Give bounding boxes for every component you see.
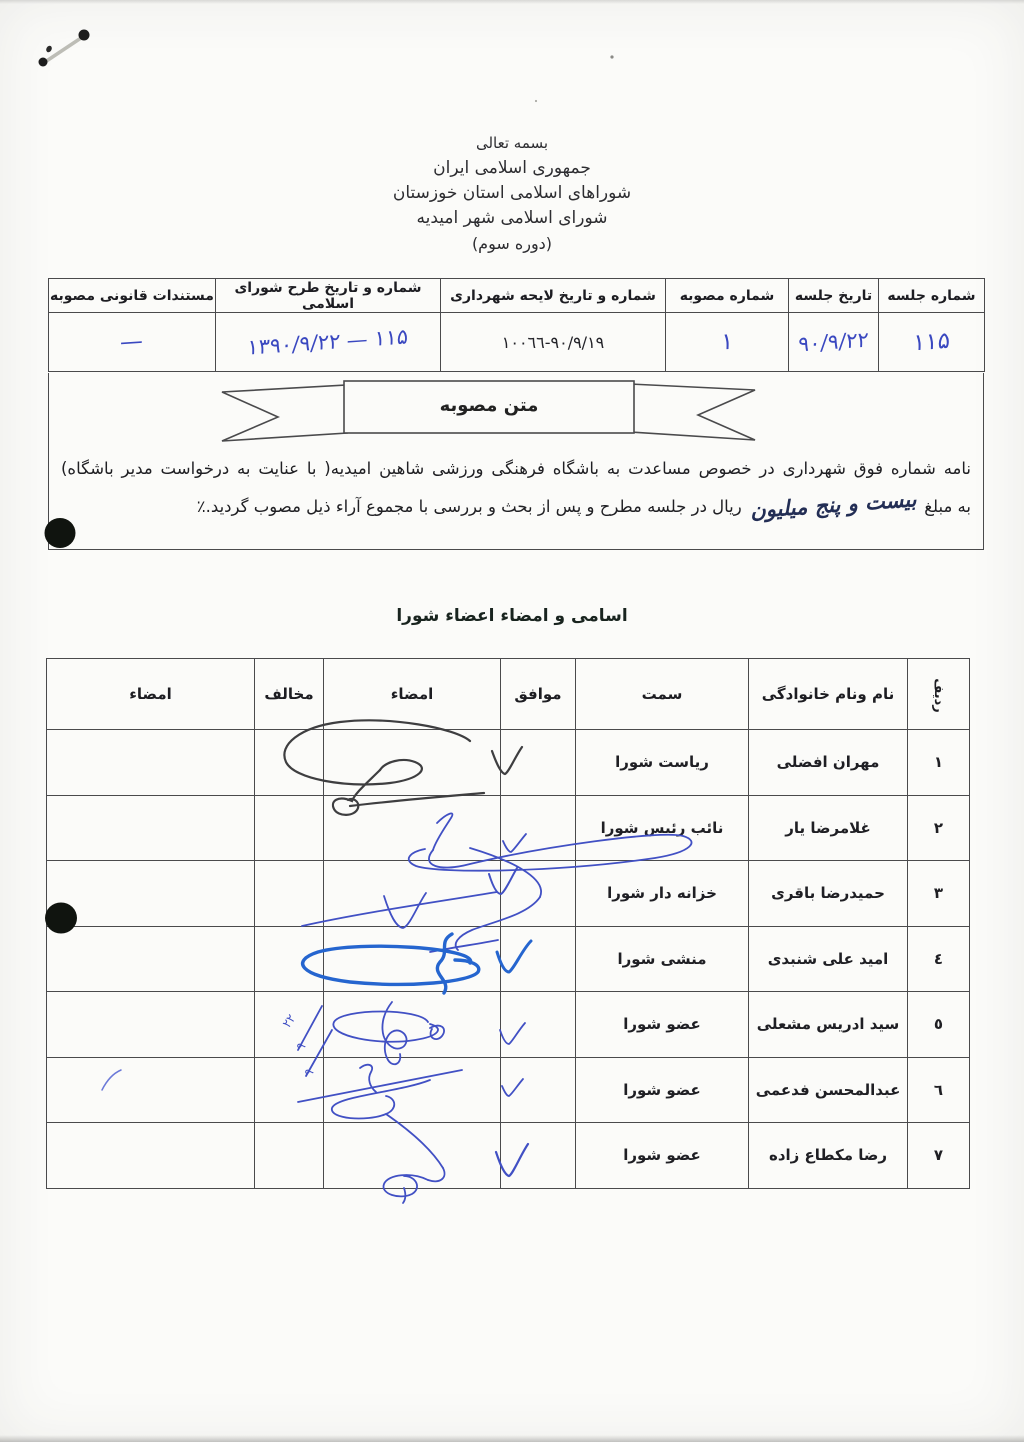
signature-cell (324, 795, 501, 861)
member-position: عضو شورا (576, 1123, 749, 1189)
session-date-value: ۹۰/۹/۲۲ (798, 327, 870, 356)
resolution-info-table: شماره جلسه تاریخ جلسه شماره مصوبه شماره … (48, 278, 985, 372)
signature-cell (324, 1057, 501, 1123)
oppose-cell (255, 730, 324, 796)
signature-oppose-cell (47, 926, 255, 992)
member-position: عضو شورا (576, 1057, 749, 1123)
signature-oppose-header: امضاء (47, 659, 255, 730)
oppose-cell (255, 992, 324, 1058)
resolution-line-1: نامه شماره فوق شهرداری در خصوص مساعدت به… (61, 451, 971, 487)
member-name: مهران افضلی (749, 730, 908, 796)
member-row-1: ۱ مهران افضلی ریاست شورا (47, 730, 970, 796)
signature-cell (324, 730, 501, 796)
resolution-text-box: متن مصوبه نامه شماره فوق شهرداری در خصوص… (48, 373, 984, 550)
council-plan-header: شماره و تاریخ طرح شورای اسلامی (216, 279, 441, 313)
resolution-number-header: شماره مصوبه (666, 279, 789, 313)
signature-cell (324, 992, 501, 1058)
municipal-bill-cell: ٩٠/٩/١٩-١٠٠٦٦ (441, 313, 666, 372)
session-number-header: شماره جلسه (879, 279, 985, 313)
ribbon-left-tail (222, 385, 347, 441)
municipal-bill-value: ٩٠/٩/١٩-١٠٠٦٦ (502, 333, 605, 352)
amount-suffix: ریال در جلسه مطرح و پس از بحث و بررسی با… (197, 497, 742, 516)
signature-oppose-cell (47, 795, 255, 861)
member-name: سید ادریس مشعلی (749, 992, 908, 1058)
signature-cell (324, 1123, 501, 1189)
municipal-bill-header: شماره و تاریخ لایحه شهرداری (441, 279, 666, 313)
oppose-cell (255, 1123, 324, 1189)
member-name: امید علی شنبدی (749, 926, 908, 992)
session-date-cell: ۹۰/۹/۲۲ (789, 313, 879, 372)
amount-prefix: به مبلغ (924, 497, 971, 516)
agree-cell (501, 730, 576, 796)
handwritten-amount: بیست و پنج میلیون (749, 481, 918, 529)
country-line: جمهوری اسلامی ایران (0, 156, 1024, 181)
oppose-header: مخالف (255, 659, 324, 730)
member-position: نائب رئیس شورا (576, 795, 749, 861)
member-row-2: ۲ غلامرضا یار نائب رئیس شورا (47, 795, 970, 861)
row-number-header: ردیف (908, 659, 970, 730)
resolution-paragraph: نامه شماره فوق شهرداری در خصوص مساعدت به… (61, 451, 971, 525)
member-position: عضو شورا (576, 992, 749, 1058)
scan-specks (535, 55, 614, 102)
signature-oppose-cell (47, 730, 255, 796)
info-value-row: ۱۱۵ ۹۰/۹/۲۲ ۱ ٩٠/٩/١٩-١٠٠٦٦ ۱۱۵ — ۱۳۹۰/۹… (49, 313, 985, 372)
resolution-number-cell: ۱ (666, 313, 789, 372)
members-header-row: ردیف نام ونام خانوادگی سمت موافق امضاء م… (47, 659, 970, 730)
signature-cell (324, 861, 501, 927)
letterhead: بسمه تعالی جمهوری اسلامی ایران شوراهای ا… (0, 131, 1024, 256)
signature-cell (324, 926, 501, 992)
agree-cell (501, 992, 576, 1058)
resolution-number-value: ۱ (720, 328, 734, 355)
agree-cell (501, 926, 576, 992)
legal-docs-value: — (119, 328, 144, 356)
oppose-cell (255, 926, 324, 992)
legal-docs-cell: — (49, 313, 216, 372)
province-councils-line: شوراهای اسلامی استان خوزستان (0, 181, 1024, 206)
city-council-line: شورای اسلامی شهر امیدیه (0, 206, 1024, 231)
signature-oppose-cell (47, 1057, 255, 1123)
member-name: عبدالمحسن فدعمی (749, 1057, 908, 1123)
member-row-7: ۷ رضا مکطاع زاده عضو شورا (47, 1123, 970, 1189)
signature-oppose-cell (47, 1123, 255, 1189)
member-position: خزانه دار شورا (576, 861, 749, 927)
name-header: نام ونام خانوادگی (749, 659, 908, 730)
member-name: حمیدرضا باقری (749, 861, 908, 927)
session-number-cell: ۱۱۵ (879, 313, 985, 372)
oppose-cell (255, 795, 324, 861)
position-header: سمت (576, 659, 749, 730)
resolution-line-2: به مبلغبیست و پنج میلیونریال در جلسه مطر… (61, 487, 971, 525)
oppose-cell (255, 1057, 324, 1123)
legal-docs-header: مستندات قانونی مصوبه (49, 279, 216, 313)
resolution-banner-title: متن مصوبه (344, 381, 634, 429)
members-section-title: اسامی و امضاء اعضاء شورا (0, 606, 1024, 626)
agree-header: موافق (501, 659, 576, 730)
term-line: (دوره سوم) (0, 231, 1024, 256)
member-row-4: ٤ امید علی شنبدی منشی شورا (47, 926, 970, 992)
member-row-3: ۳ حمیدرضا باقری خزانه دار شورا (47, 861, 970, 927)
member-name: غلامرضا یار (749, 795, 908, 861)
agree-cell (501, 795, 576, 861)
bismillah-line: بسمه تعالی (0, 131, 1024, 156)
info-header-row: شماره جلسه تاریخ جلسه شماره مصوبه شماره … (49, 279, 985, 313)
session-date-header: تاریخ جلسه (789, 279, 879, 313)
signature-agree-header: امضاء (324, 659, 501, 730)
scanned-document-page: بسمه تعالی جمهوری اسلامی ایران شوراهای ا… (0, 0, 1024, 1442)
oppose-cell (255, 861, 324, 927)
member-position: ریاست شورا (576, 730, 749, 796)
signature-oppose-cell (47, 992, 255, 1058)
members-signature-table: ردیف نام ونام خانوادگی سمت موافق امضاء م… (46, 658, 970, 1189)
council-plan-value: ۱۱۵ — ۱۳۹۰/۹/۲۲ (247, 324, 409, 359)
ribbon-right-tail (630, 384, 755, 440)
session-number-value: ۱۱۵ (912, 328, 950, 357)
agree-cell (501, 1057, 576, 1123)
staple-mark (39, 30, 90, 67)
council-plan-cell: ۱۱۵ — ۱۳۹۰/۹/۲۲ (216, 313, 441, 372)
member-position: منشی شورا (576, 926, 749, 992)
signature-oppose-cell (47, 861, 255, 927)
member-row-6: ٦ عبدالمحسن فدعمی عضو شورا (47, 1057, 970, 1123)
member-row-5: ٥ سید ادریس مشعلی عضو شورا (47, 992, 970, 1058)
member-name: رضا مکطاع زاده (749, 1123, 908, 1189)
agree-cell (501, 861, 576, 927)
agree-cell (501, 1123, 576, 1189)
